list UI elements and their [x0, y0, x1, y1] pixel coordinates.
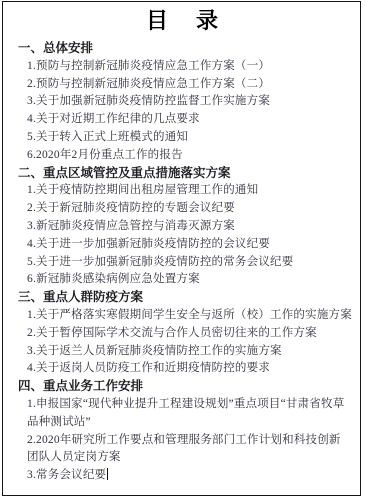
toc-item[interactable]: 1.关于严格落实寒假期间学生安全与返所（校）工作的实施方案 — [27, 307, 352, 325]
toc-item[interactable]: 3.关于加强新冠肺炎疫情防控监督工作实施方案 — [27, 93, 352, 111]
toc-item[interactable]: 5.关于转入正式上班模式的通知 — [27, 129, 352, 147]
toc-list: 一、总体安排1.预防与控制新冠肺炎疫情应急工作方案（一）2.预防与控制新冠肺炎疫… — [15, 40, 352, 485]
toc-item[interactable]: 2.预防与控制新冠肺炎疫情应急工作方案（二） — [27, 76, 352, 94]
toc-item[interactable]: 2.关于暂停国际学术交流与合作人员密切往来的工作方案 — [27, 325, 352, 343]
toc-item[interactable]: 3.新冠肺炎疫情应急管控与消毒灭源方案 — [27, 218, 352, 236]
document-page[interactable]: 目 录 一、总体安排1.预防与控制新冠肺炎疫情应急工作方案（一）2.预防与控制新… — [2, 1, 361, 496]
toc-item[interactable]: 1.预防与控制新冠肺炎疫情应急工作方案（一） — [27, 58, 352, 76]
toc-item[interactable]: 3.常务会议纪要 — [27, 467, 352, 485]
toc-item[interactable]: 4.关于进一步加强新冠肺炎疫情防控的会议纪要 — [27, 236, 352, 254]
toc-item[interactable]: 6.新冠肺炎感染病例应急处置方案 — [27, 271, 352, 289]
section-heading[interactable]: 一、总体安排 — [18, 40, 352, 58]
toc-item[interactable]: 1.申报国家“现代种业提升工程建设规划”重点项目“甘肃省牧草品种测试站” — [27, 396, 352, 432]
toc-item[interactable]: 1.关于疫情防控期间出租房屋管理工作的通知 — [27, 182, 352, 200]
page-title[interactable]: 目 录 — [15, 7, 352, 35]
toc-item[interactable]: 2.关于新冠肺炎疫情防控的专题会议纪要 — [27, 200, 352, 218]
text-cursor — [107, 468, 108, 480]
toc-item[interactable]: 2.2020年研究所工作要点和管理服务部门工作计划和科技创新团队人员定岗方案 — [27, 432, 352, 468]
section-heading[interactable]: 三、重点人群防疫方案 — [18, 289, 352, 307]
section-heading[interactable]: 四、重点业务工作安排 — [18, 378, 352, 396]
toc-item[interactable]: 4.关于返岗人员防疫工作和近期疫情防控的要求 — [27, 360, 352, 378]
toc-item[interactable]: 6.2020年2月份重点工作的报告 — [27, 147, 352, 165]
toc-item[interactable]: 4.关于对近期工作纪律的几点要求 — [27, 111, 352, 129]
toc-item[interactable]: 3.关于返兰人员新冠肺炎疫情防控工作的实施方案 — [27, 343, 352, 361]
section-heading[interactable]: 二、重点区域管控及重点措施落实方案 — [18, 165, 352, 183]
toc-item[interactable]: 5.关于进一步加强新冠肺炎疫情防控的常务会议纪要 — [27, 254, 352, 272]
